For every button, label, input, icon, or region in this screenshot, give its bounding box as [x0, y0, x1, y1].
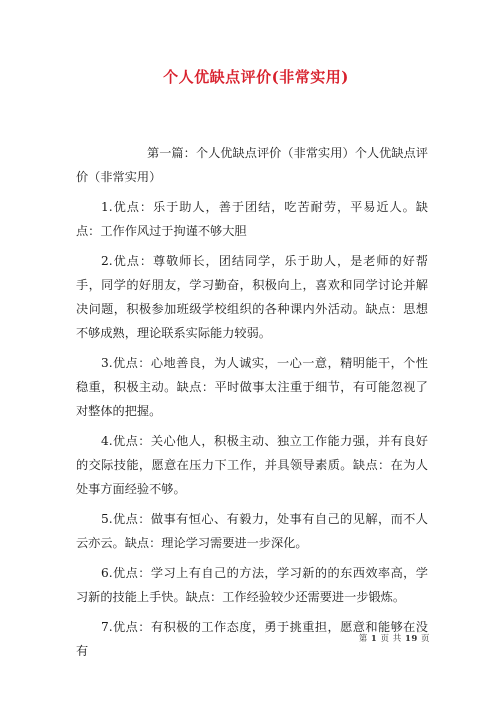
- footer-prefix: 第: [359, 634, 368, 644]
- total-page-count: 19: [405, 634, 418, 644]
- paragraph-item-1: 1.优点：乐于助人，善于团结，吃苦耐劳，平易近人。缺点：工作作风过于拘谨不够大胆: [76, 195, 428, 243]
- paragraph-item-2: 2.优点：尊敬师长，团结同学，乐于助人，是老师的好帮手，同学的好朋友，学习勤奋，…: [76, 249, 428, 345]
- paragraph-item-3: 3.优点：心地善良，为人诚实，一心一意，精明能干，个性稳重，积极主动。缺点：平时…: [76, 351, 428, 423]
- document-page: 个人优缺点评价(非常实用) 第一篇：个人优缺点评价（非常实用）个人优缺点评价（非…: [0, 0, 500, 708]
- document-title: 个人优缺点评价(非常实用): [0, 66, 500, 87]
- footer-middle: 页 共: [381, 634, 402, 644]
- current-page-number: 1: [371, 634, 377, 644]
- page-number-footer: 第 1 页 共 19 页: [359, 632, 430, 644]
- paragraph-item-6: 6.优点：学习上有自己的方法，学习新的的东西效率高，学习新的技能上手快。缺点：工…: [76, 561, 428, 609]
- footer-suffix: 页: [421, 634, 430, 644]
- document-body: 第一篇：个人优缺点评价（非常实用）个人优缺点评价（非常实用） 1.优点：乐于助人…: [76, 141, 428, 669]
- paragraph-intro: 第一篇：个人优缺点评价（非常实用）个人优缺点评价（非常实用）: [76, 141, 428, 189]
- paragraph-item-4: 4.优点：关心他人，积极主动、独立工作能力强，并有良好的交际技能，愿意在压力下工…: [76, 429, 428, 501]
- paragraph-item-5: 5.优点：做事有恒心、有毅力，处事有自己的见解，而不人云亦云。缺点：理论学习需要…: [76, 507, 428, 555]
